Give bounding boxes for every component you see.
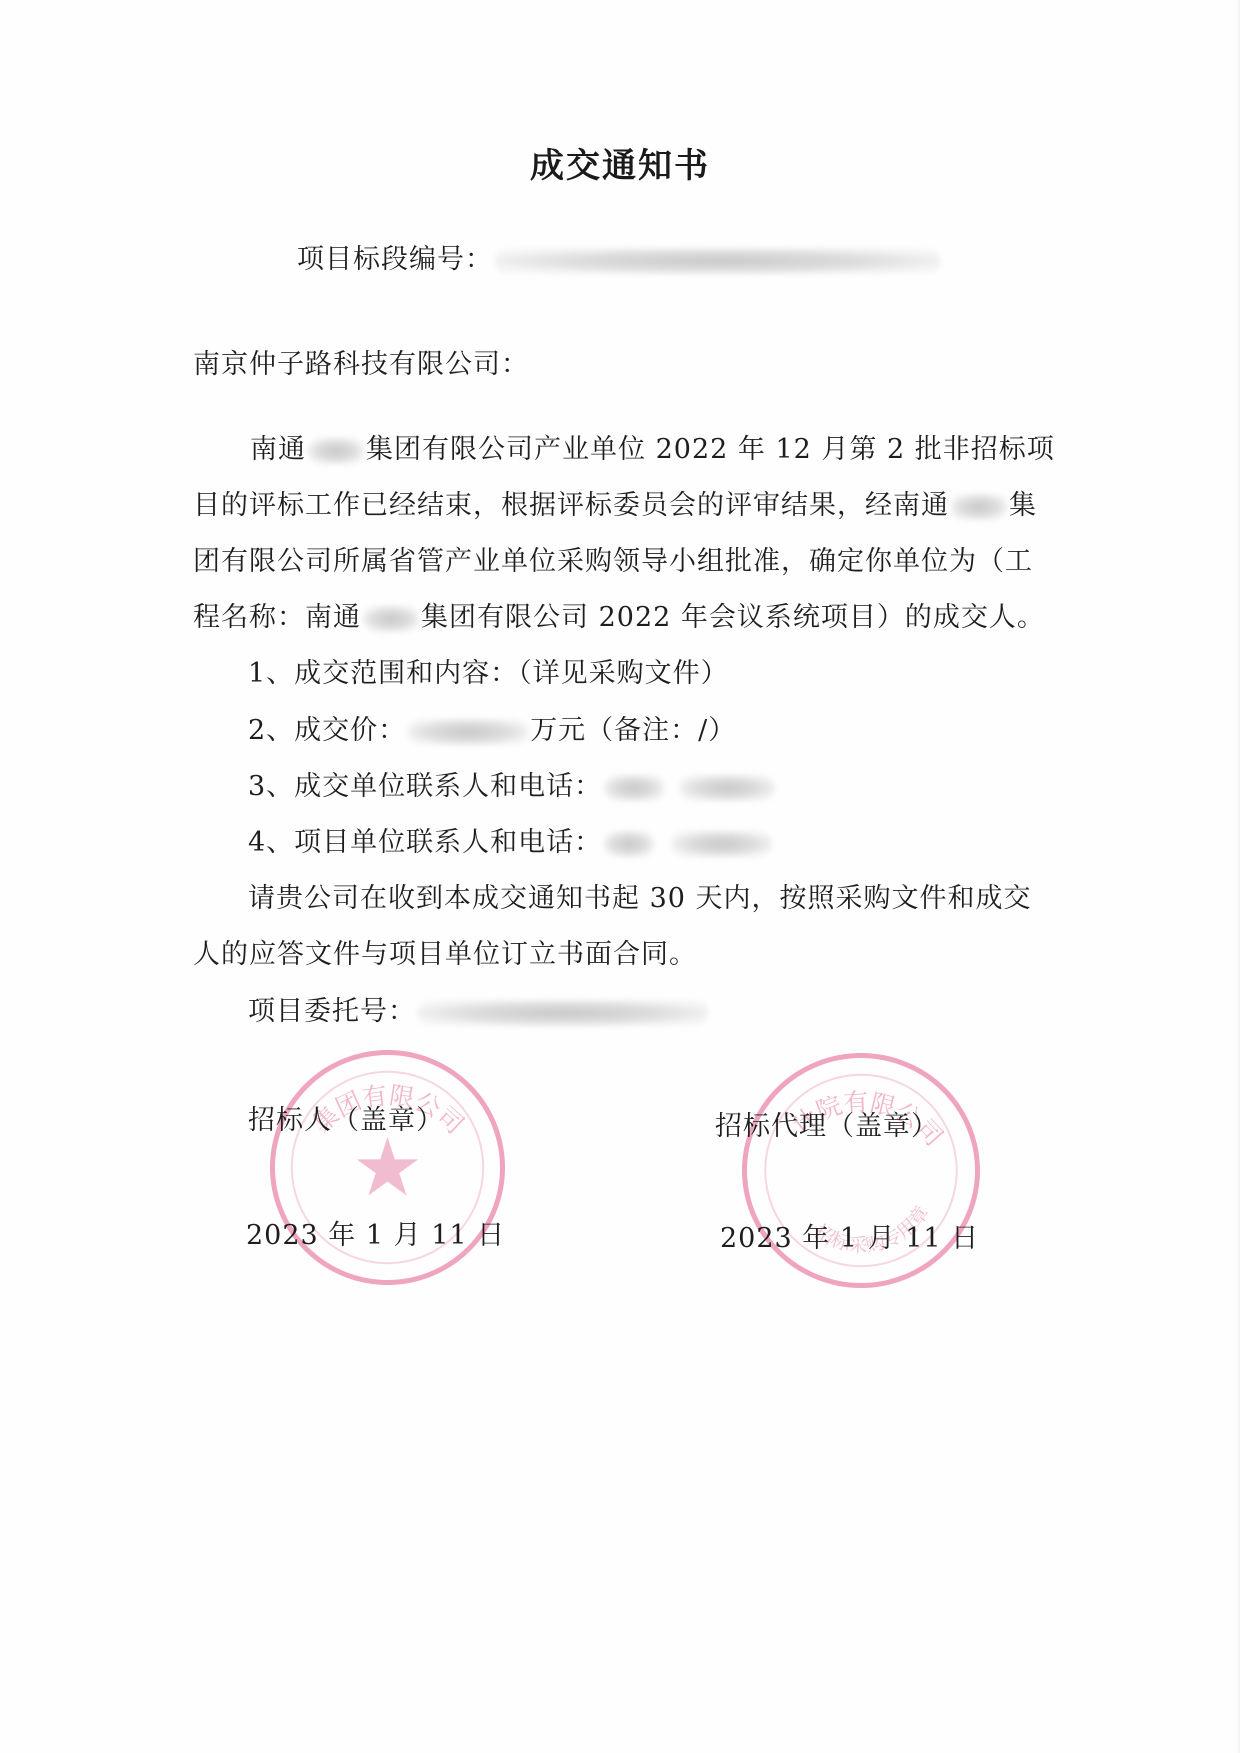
closing-line-2: 人的应答文件与项目单位订立书面合同。 (193, 938, 697, 972)
body-text: 南通 (250, 434, 306, 465)
item-4: 4、项目单位联系人和电话： (248, 826, 774, 860)
body-text: 目的评标工作已经结束，根据评标委员会的评审结果，经南通 (193, 490, 949, 521)
item-1: 1、成交范围和内容：（详见采购文件） (248, 657, 729, 691)
document-page: 成交通知书 项目标段编号： 南京仲子路科技有限公司： 南通集团有限公司产业单位 … (0, 0, 1240, 1753)
agent-date: 2023 年 1 月 11 日 (720, 1222, 979, 1256)
redacted-contact-name (604, 775, 664, 801)
redacted-contact-name (604, 831, 654, 857)
redacted-entrust-number (418, 1000, 708, 1026)
item-2-label: 2、成交价： (248, 715, 406, 746)
body-line-1: 南通集团有限公司产业单位 2022 年 12 月第 2 批非招标项 (250, 433, 1055, 467)
body-text: 程名称：南通 (193, 602, 361, 633)
project-section-number: 项目标段编号： (297, 243, 942, 277)
item-2-suffix: 万元（备注：/） (530, 715, 736, 746)
tenderer-date: 2023 年 1 月 11 日 (246, 1219, 505, 1253)
scan-edge (1236, 0, 1240, 1753)
item-4-label: 4、项目单位联系人和电话： (248, 827, 602, 858)
body-text: 集 (1009, 490, 1037, 521)
redacted-contact-phone (672, 831, 772, 857)
redacted-company-name (363, 606, 419, 632)
entrust-number: 项目委托号： (248, 995, 710, 1029)
redacted-company-name (308, 438, 364, 464)
star-icon: ★ (352, 1128, 424, 1208)
document-title: 成交通知书 (0, 138, 1240, 187)
project-section-number-label: 项目标段编号： (297, 244, 493, 275)
addressee: 南京仲子路科技有限公司： (193, 348, 529, 382)
item-3-label: 3、成交单位联系人和电话： (248, 771, 602, 802)
closing-line-1: 请贵公司在收到本成交通知书起 30 天内，按照采购文件和成交 (248, 882, 1032, 916)
redacted-contact-phone (680, 775, 775, 801)
item-2: 2、成交价：万元（备注：/） (248, 714, 736, 748)
body-text: 集团有限公司产业单位 2022 年 12 月第 2 批非招标项 (366, 434, 1055, 465)
body-line-2: 目的评标工作已经结束，根据评标委员会的评审结果，经南通集 (193, 489, 1037, 523)
body-line-3: 团有限公司所属省管产业单位采购领导小组批准，确定你单位为（工 (193, 545, 1033, 579)
redacted-company-name (951, 494, 1007, 520)
item-3: 3、成交单位联系人和电话： (248, 770, 777, 804)
entrust-number-label: 项目委托号： (248, 996, 416, 1027)
redacted-section-number (495, 248, 940, 274)
body-text: 集团有限公司 2022 年会议系统项目）的成交人。 (421, 602, 1045, 633)
tenderer-signature-label: 招标人（盖章） (248, 1104, 444, 1138)
body-line-4: 程名称：南通集团有限公司 2022 年会议系统项目）的成交人。 (193, 601, 1045, 635)
agent-signature-label: 招标代理（盖章） (715, 1110, 939, 1144)
redacted-price (408, 719, 528, 745)
